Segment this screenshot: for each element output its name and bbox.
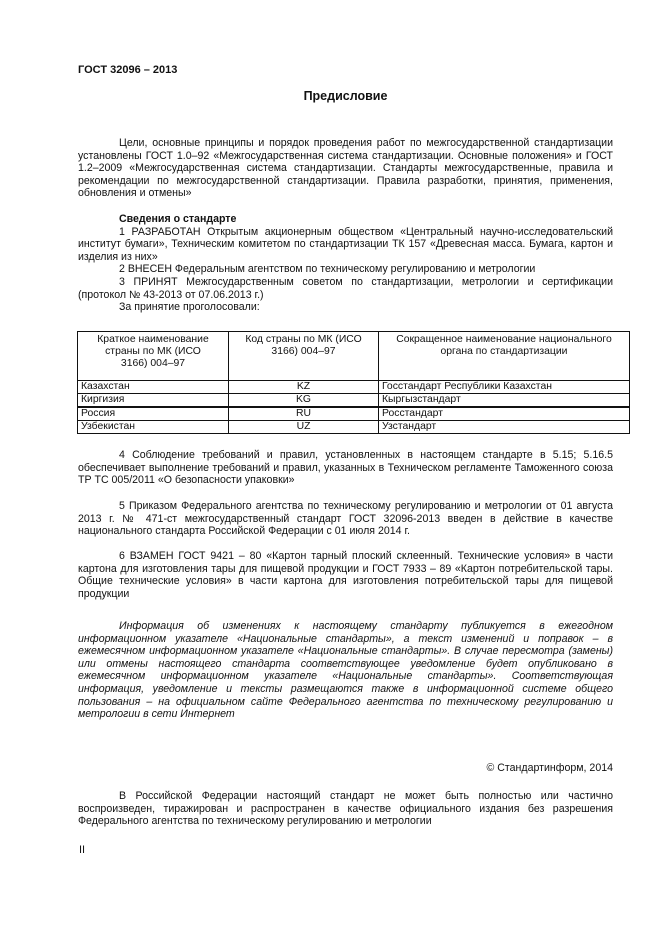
info-item-1: 1 РАЗРАБОТАН Открытым акционерным общест…: [78, 226, 613, 264]
cell-country: Россия: [78, 407, 229, 421]
table-row: Узбекистан UZ Узстандарт: [78, 421, 630, 434]
cell-country: Казахстан: [78, 381, 229, 394]
table-row: Россия RU Росстандарт: [78, 407, 630, 421]
item-5-paragraph: 5 Приказом Федерального агентства по тех…: [78, 500, 613, 538]
rights-paragraph: В Российской Федерации настоящий стандар…: [78, 790, 613, 828]
item-4-text: 4 Соблюдение требований и правил, устано…: [78, 449, 613, 487]
table-row: Казахстан KZ Госстандарт Республики Каза…: [78, 381, 630, 394]
cell-country: Узбекистан: [78, 421, 229, 434]
cell-country: Киргизия: [78, 394, 229, 408]
intro-text: Цели, основные принципы и порядок провед…: [78, 137, 613, 200]
cell-code: UZ: [229, 421, 379, 434]
cell-body: Госстандарт Республики Казахстан: [379, 381, 630, 394]
voting-table: Краткое наименование страны по МК (ИСО 3…: [77, 331, 630, 434]
cell-body: Узстандарт: [379, 421, 630, 434]
page-number: II: [79, 844, 85, 856]
header-body: Сокращенное наименование национального о…: [379, 332, 630, 381]
page-title: Предисловие: [0, 89, 661, 103]
standard-info: Сведения о стандарте 1 РАЗРАБОТАН Открыт…: [78, 213, 613, 314]
notice-paragraph: Информация об изменениях к настоящему ст…: [78, 620, 613, 721]
cell-code: RU: [229, 407, 379, 421]
table-header-row: Краткое наименование страны по МК (ИСО 3…: [78, 332, 630, 381]
intro-paragraph: Цели, основные принципы и порядок провед…: [78, 137, 613, 200]
table-row: Киргизия KG Кыргызстандарт: [78, 394, 630, 408]
cell-body: Кыргызстандарт: [379, 394, 630, 408]
item-4-paragraph: 4 Соблюдение требований и правил, устано…: [78, 449, 613, 487]
copyright: © Стандартинформ, 2014: [487, 762, 613, 774]
item-6-paragraph: 6 ВЗАМЕН ГОСТ 9421 – 80 «Картон тарный п…: [78, 550, 613, 600]
document-id: ГОСТ 32096 – 2013: [78, 64, 177, 76]
item-5-text: 5 Приказом Федерального агентства по тех…: [78, 500, 613, 538]
header-country: Краткое наименование страны по МК (ИСО 3…: [78, 332, 229, 381]
voted-label: За принятие проголосовали:: [78, 301, 613, 314]
notice-text: Информация об изменениях к настоящему ст…: [78, 620, 613, 721]
rights-text: В Российской Федерации настоящий стандар…: [78, 790, 613, 828]
item-6-text: 6 ВЗАМЕН ГОСТ 9421 – 80 «Картон тарный п…: [78, 550, 613, 600]
info-item-3: 3 ПРИНЯТ Межгосударственным советом по с…: [78, 276, 613, 301]
cell-code: KZ: [229, 381, 379, 394]
header-code: Код страны по МК (ИСО 3166) 004–97: [229, 332, 379, 381]
cell-body: Росстандарт: [379, 407, 630, 421]
info-heading: Сведения о стандарте: [78, 213, 613, 226]
cell-code: KG: [229, 394, 379, 408]
info-item-2: 2 ВНЕСЕН Федеральным агентством по техни…: [78, 263, 613, 276]
